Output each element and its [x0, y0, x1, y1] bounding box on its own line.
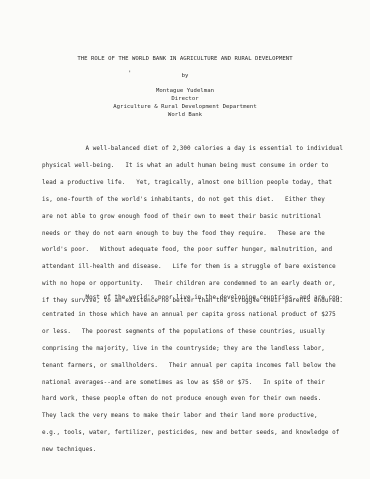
body-line: A well-balanced diet of 2,300 calories a…: [42, 145, 343, 153]
body-line: e.g., tools, water, fertilizer, pesticid…: [42, 429, 339, 437]
body-line: comprising the majority, live in the cou…: [42, 345, 325, 353]
body-line: is, one-fourth of the world's inhabitant…: [42, 196, 325, 204]
body-line: needs or they do not earn enough to buy …: [42, 230, 325, 238]
document-title: THE ROLE OF THE WORLD BANK IN AGRICULTUR…: [0, 55, 370, 63]
body-line: tenant farmers, or smallholders. Their a…: [42, 362, 336, 370]
body-line: new techniques.: [42, 446, 96, 454]
author-organization: World Bank: [0, 111, 370, 119]
document-page: THE ROLE OF THE WORLD BANK IN AGRICULTUR…: [0, 0, 370, 479]
body-line: attendant ill-health and disease. Life f…: [42, 263, 336, 271]
body-line: national averages--and are sometimes as …: [42, 379, 325, 387]
body-line: world's poor. Without adequate food, the…: [42, 246, 332, 254]
author-role: Director: [0, 95, 370, 103]
author-name: Montague Yudelman: [0, 87, 370, 95]
byline: by: [0, 72, 370, 80]
body-line: or less. The poorest segments of the pop…: [42, 328, 325, 336]
body-line: Most of the world's poor live in the dev…: [42, 294, 343, 302]
body-line: centrated in those which have an annual …: [42, 311, 336, 319]
body-line: lead a productive life. Yet, tragically,…: [42, 179, 332, 187]
body-line: with no hope or opportunity. Their child…: [42, 280, 336, 288]
body-line: hard work, these people often do not pro…: [42, 395, 321, 403]
body-line: physical well-being. It is what an adult…: [42, 162, 329, 170]
body-line: They lack the very means to make their l…: [42, 412, 318, 420]
body-line: are not able to grow enough food of thei…: [42, 213, 321, 221]
author-department: Agriculture & Rural Development Departme…: [0, 103, 370, 111]
